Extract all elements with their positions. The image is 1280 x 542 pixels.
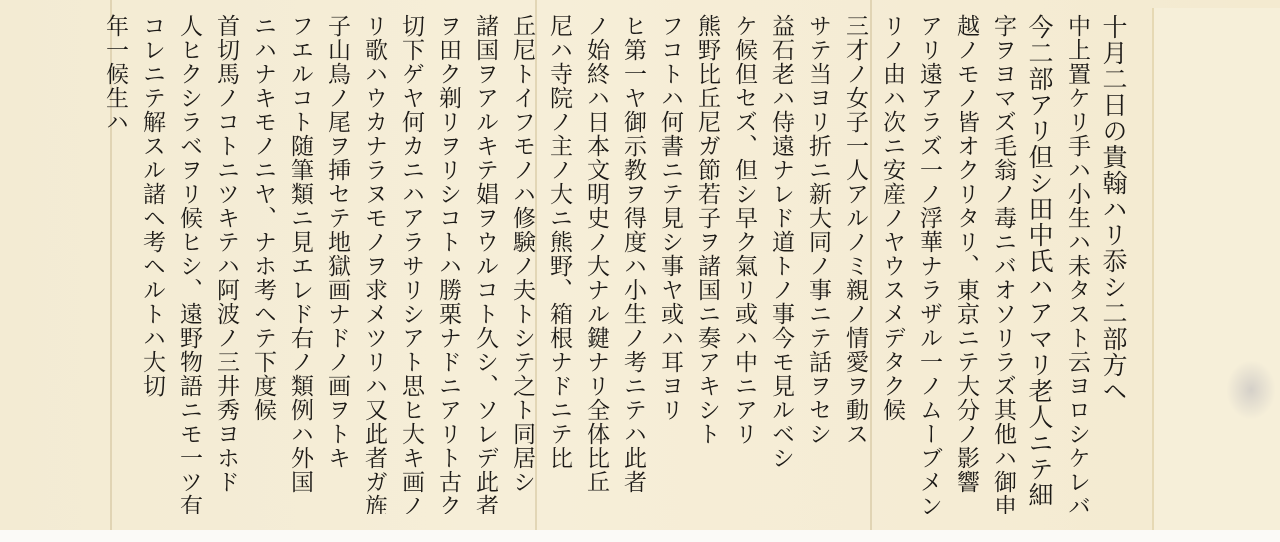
text-column: 熊野比丘尼ガ節若子ヲ諸国ニ奏アキシト: [690, 14, 723, 514]
text-column: 今二部アリ但シ田中氏ハアマリ老人ニテ細: [1023, 14, 1056, 514]
text-column: 字ヲヨマズ毛翁ノ毒ニバオソリラズ其他ハ御申: [986, 14, 1019, 514]
letter-paper: 十月二日の貴翰ハリ忝シ二部方ヘ 中上置ケリ手ハ小生ハ未タスト云ヨロシケレバ 今二…: [0, 0, 1280, 530]
paper-stain: [1226, 360, 1276, 420]
text-column: サテ当ヨリ折ニ新大同ノ事ニテ話ヲセシ: [801, 14, 834, 514]
text-column: ヒ第一ヤ御示教ヲ得度ハ小生ノ考ニテハ此者: [616, 14, 649, 514]
text-column: フエルコト随筆類ニ見エレド右ノ類例ハ外国: [283, 14, 316, 514]
text-column: 切下ゲヤ何カニハアラサリシアト思ヒ大キ画ノ中: [394, 14, 427, 514]
text-column: リ歌ハウカナラヌモノヲ求メツリハ又此者ガ旌: [357, 14, 390, 514]
text-column: ケ候但セズ、但シ早ク氣リ或ハ中ニアリ: [727, 14, 760, 514]
text-column: アリ遠アラズ一ノ浮華ナラザル一ノムーブメント起: [912, 14, 945, 514]
blank-paper-flap: [1152, 8, 1280, 530]
text-column: 丘尼トイフモノハ修験ノ夫トシテ之ト同居シ: [505, 14, 538, 514]
scan-margin: [0, 530, 1280, 542]
text-column: 諸国ヲアルキテ娼ヲウルコト久シ、ソレデ此者ガ歌: [468, 14, 501, 514]
text-column: 三才ノ女子一人アルノミ親ノ情愛ヲ動ス: [838, 14, 871, 514]
text-column: ニハナキモノニヤ、ナホ考ヘテ下度候: [246, 14, 279, 514]
text-column: 中上置ケリ手ハ小生ハ未タスト云ヨロシケレバ: [1060, 14, 1093, 514]
text-column: 人ヒクシラベヲリ候ヒシ、遠野物語ニモ一ツ有之候: [172, 14, 205, 514]
text-column: 尼ハ寺院ノ主ノ大ニ熊野、箱根ナドニテ比: [542, 14, 575, 514]
handwritten-text: 十月二日の貴翰ハリ忝シ二部方ヘ 中上置ケリ手ハ小生ハ未タスト云ヨロシケレバ 今二…: [98, 14, 1130, 514]
text-column: ヲ田ク剃リヲリシコトハ勝栗ナドニアリト古クハ: [431, 14, 464, 514]
text-column: リノ由ハ次ニ安産ノヤウスメデタク候: [875, 14, 908, 514]
text-column: 越ノモノ皆オクリタリ、東京ニテ大分ノ影響: [949, 14, 982, 514]
text-column: 年一候生ハ: [98, 14, 131, 514]
text-column: コレニテ解スル諸ヘ考ヘルトハ大切: [135, 14, 168, 514]
text-column: ノ始終ハ日本文明史ノ大ナル鍵ナリ全体比丘: [579, 14, 612, 514]
text-column: 首切馬ノコトニツキテハ阿波ノ三井秀ヨホド: [209, 14, 242, 514]
text-column: フコトハ何書ニテ見シ事ヤ或ハ耳ヨリ: [653, 14, 686, 514]
text-column: 益石老ハ侍遠ナレド道トノ事今モ見ルベシ: [764, 14, 797, 514]
text-column: 十月二日の貴翰ハリ忝シ二部方ヘ: [1097, 14, 1130, 514]
text-column: 子山鳥ノ尾ヲ挿セテ地獄画ナドノ画ヲトキ: [320, 14, 353, 514]
